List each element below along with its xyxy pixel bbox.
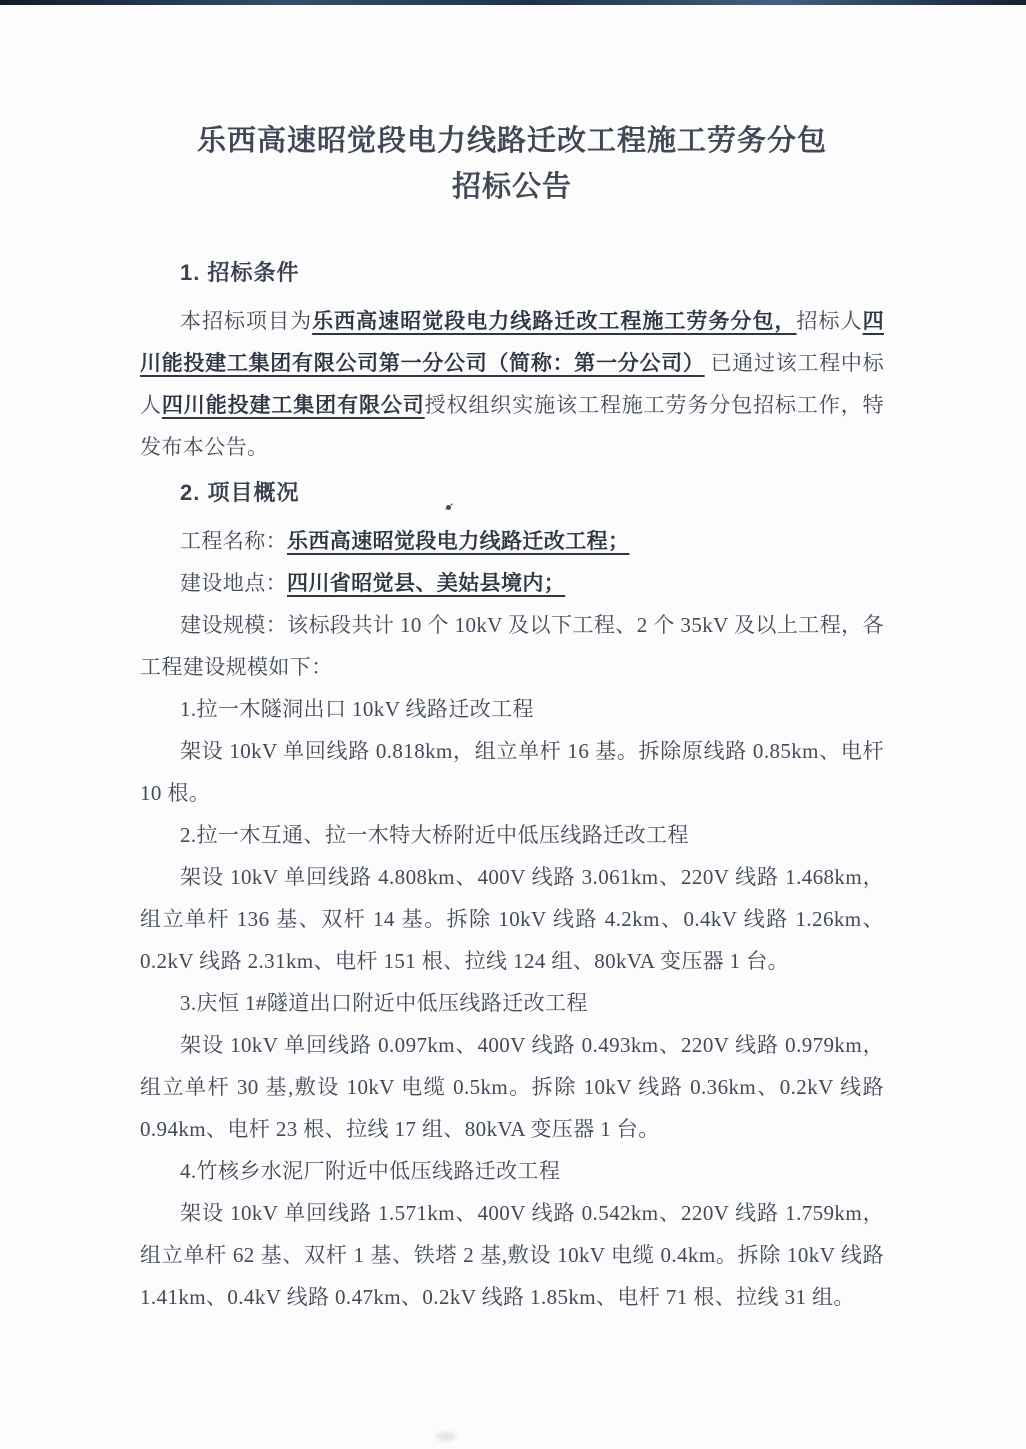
scan-edge-top-artifact [0,0,1026,5]
text-run: 招标人 [797,309,863,333]
project-package-emphasis: 乐西高速昭觉段电力线路迁改工程施工劳务分包， [312,309,796,333]
work-item-3-detail: 架设 10kV 单回线路 0.097km、400V 线路 0.493km、220… [140,1024,884,1150]
work-item-4-detail: 架设 10kV 单回线路 1.571km、400V 线路 0.542km、220… [140,1192,884,1318]
work-item-2-title: 2.拉一木互通、拉一木特大桥附近中低压线路迁改工程 [140,814,884,856]
project-name-row: 工程名称：乐西高速昭觉段电力线路迁改工程； [140,520,884,562]
scanned-document-page: 乐西高速昭觉段电力线路迁改工程施工劳务分包 招标公告 1. 招标条件 本招标项目… [0,0,1026,1449]
document-title-line2: 招标公告 [140,164,884,210]
work-item-1-detail: 架设 10kV 单回线路 0.818km，组立单杆 16 基。拆除原线路 0.8… [140,730,884,814]
document-title: 乐西高速昭觉段电力线路迁改工程施工劳务分包 招标公告 [140,118,884,210]
ink-speck-artifact [446,505,451,510]
section1-heading: 1. 招标条件 [140,258,884,288]
section2-heading: 2. 项目概况 [140,478,884,508]
project-name-value: 乐西高速昭觉段电力线路迁改工程； [287,529,629,553]
bottom-smudge-artifact [436,1432,456,1441]
work-item-4-title: 4.竹核乡水泥厂附近中低压线路迁改工程 [140,1150,884,1192]
document-title-line1: 乐西高速昭觉段电力线路迁改工程施工劳务分包 [140,118,884,164]
text-run: 本招标项目为 [180,309,312,333]
document-content: 乐西高速昭觉段电力线路迁改工程施工劳务分包 招标公告 1. 招标条件 本招标项目… [0,0,1026,1318]
work-item-3-title: 3.庆恒 1#隧道出口附近中低压线路迁改工程 [140,982,884,1024]
location-label: 建设地点： [180,571,287,595]
work-item-2-detail: 架设 10kV 单回线路 4.808km、400V 线路 3.061km、220… [140,856,884,982]
tender-conditions-paragraph: 本招标项目为乐西高速昭觉段电力线路迁改工程施工劳务分包，招标人四川能投建工集团有… [140,300,884,468]
location-value: 四川省昭觉县、美姑县境内； [287,571,565,595]
winning-company-emphasis: 四川能投建工集团有限公司 [162,393,425,417]
project-name-label: 工程名称： [180,529,287,553]
work-item-1-title: 1.拉一木隧洞出口 10kV 线路迁改工程 [140,688,884,730]
construction-scale-paragraph: 建设规模：该标段共计 10 个 10kV 及以下工程、2 个 35kV 及以上工… [140,604,884,688]
location-row: 建设地点：四川省昭觉县、美姑县境内； [140,562,884,604]
